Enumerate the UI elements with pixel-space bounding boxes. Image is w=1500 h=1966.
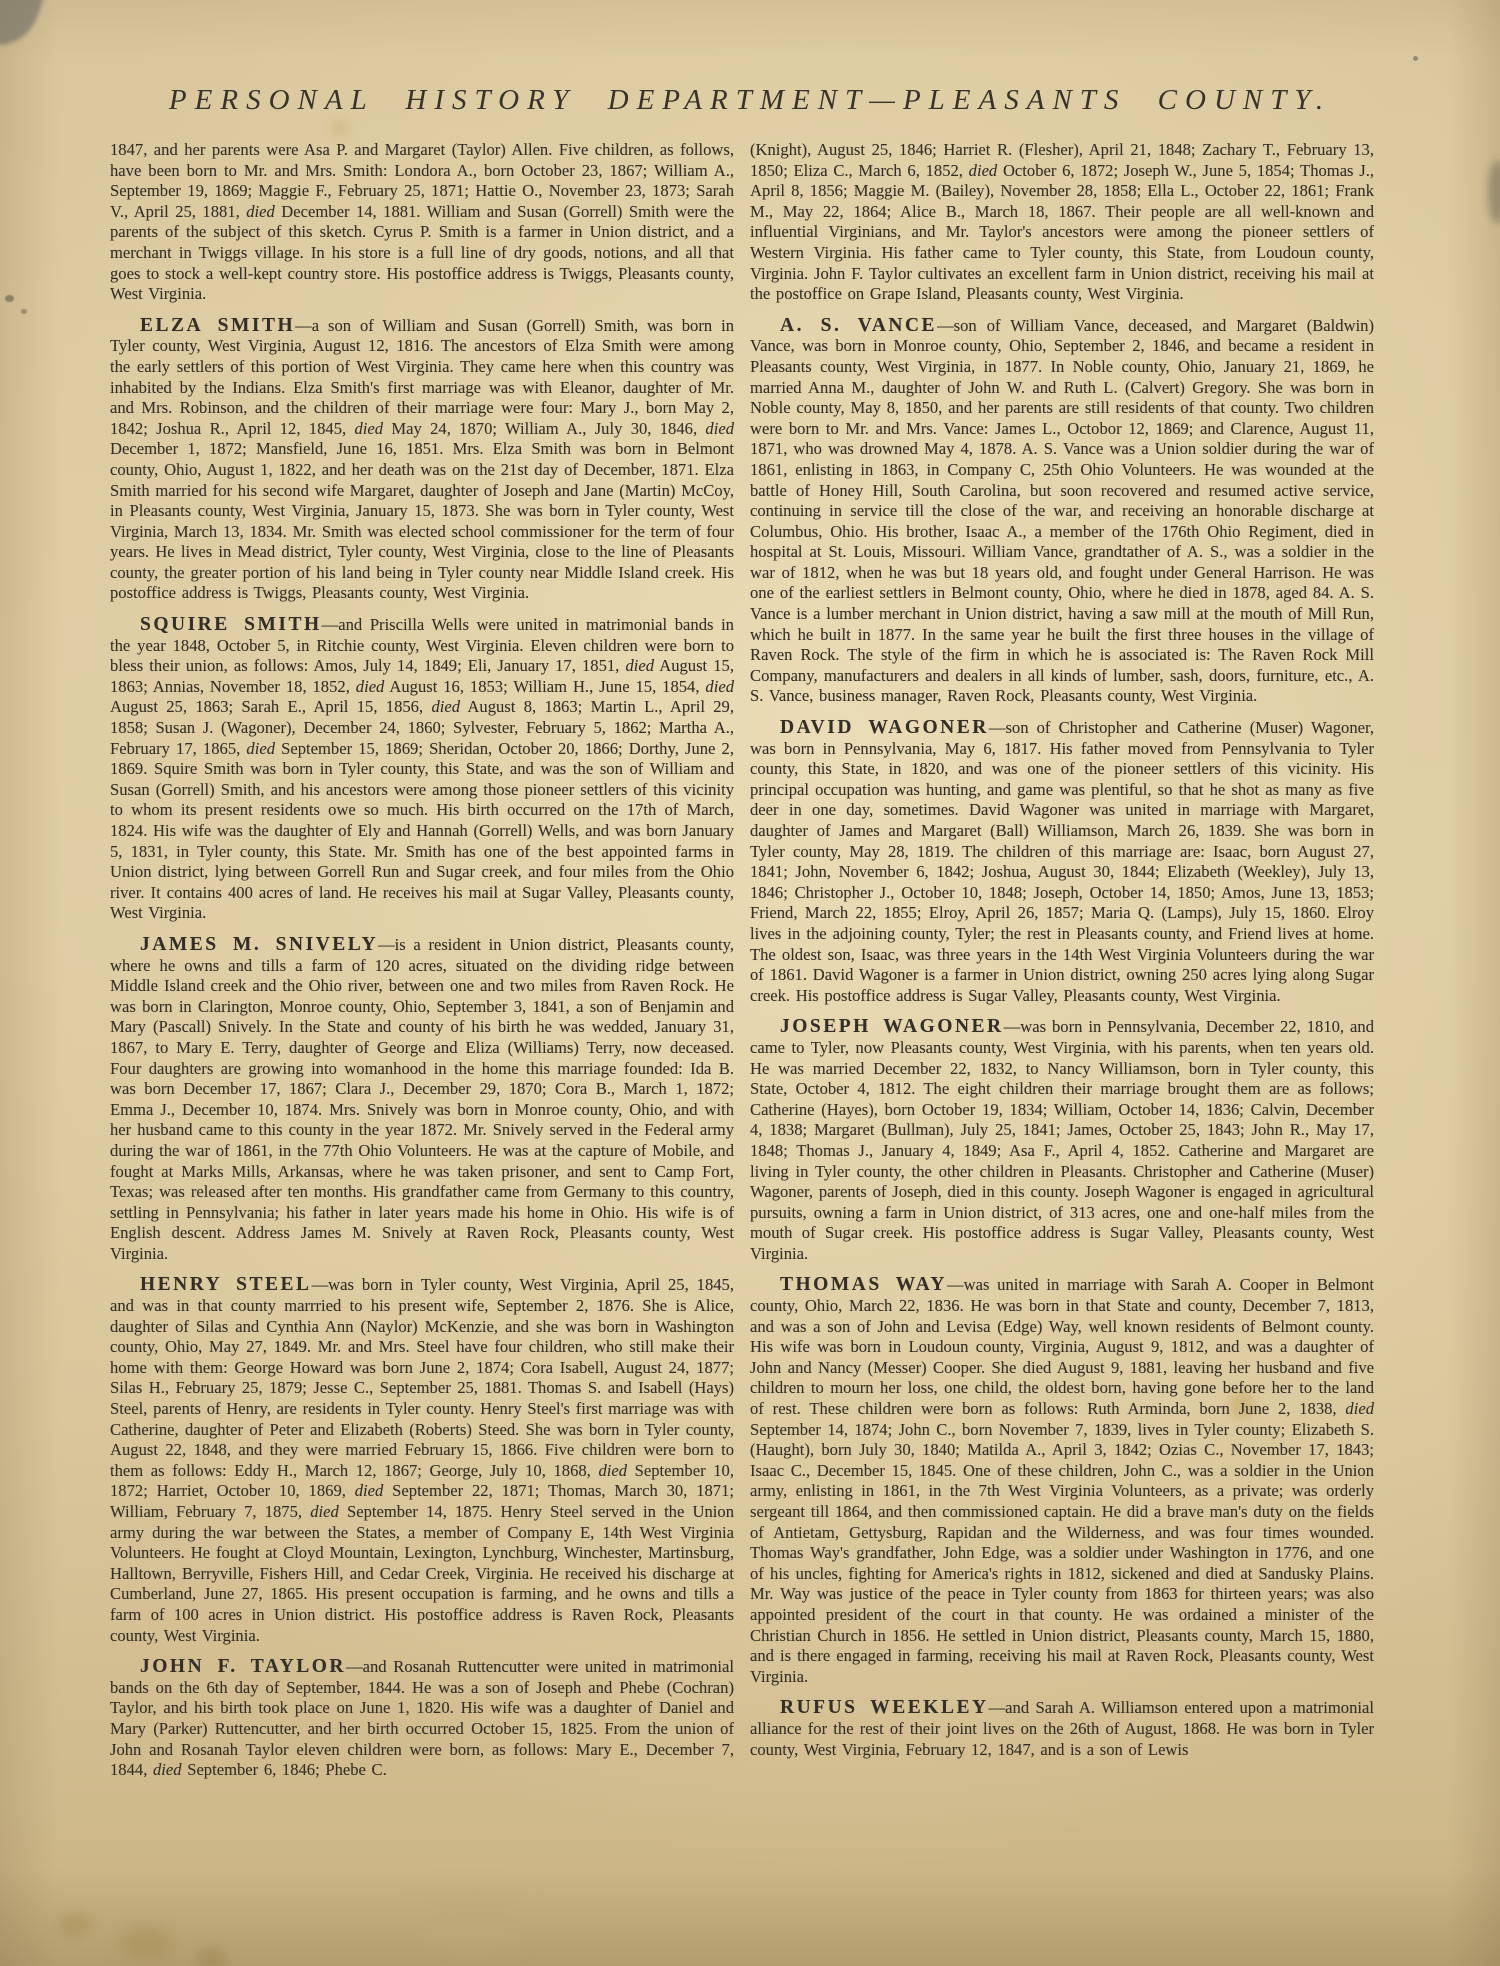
edge-smudge: [1488, 160, 1500, 224]
biography-entry: RUFUS WEEKLEY—and Sarah A. Williamson en…: [750, 1698, 1374, 1760]
biography-entry: DAVID WAGONER—son of Christopher and Cat…: [750, 718, 1374, 1006]
entry-heading: JOSEPH WAGONER: [780, 1016, 1004, 1037]
biography-entry: THOMAS WAY—was united in marriage with S…: [750, 1275, 1374, 1687]
entry-text: —and Priscilla Wells were united in matr…: [110, 615, 734, 922]
ink-spot: [5, 295, 14, 302]
text-columns: 1847, and her parents were Asa P. and Ma…: [110, 140, 1374, 1792]
entry-heading: SQUIRE SMITH: [140, 614, 322, 635]
biography-entry: SQUIRE SMITH—and Priscilla Wells were un…: [110, 615, 734, 924]
foxing-stain: [58, 1912, 92, 1938]
biography-entry: (Knight), August 25, 1846; Harriet R. (F…: [750, 140, 1374, 305]
entry-heading: THOMAS WAY: [780, 1274, 947, 1295]
left-column: 1847, and her parents were Asa P. and Ma…: [110, 140, 734, 1792]
corner-tear-mark: [0, 0, 44, 55]
entry-text: —was united in marriage with Sarah A. Co…: [750, 1275, 1374, 1685]
entry-heading: JAMES M. SNIVELY: [140, 934, 378, 955]
entry-text: —son of William Vance, deceased, and Mar…: [750, 316, 1374, 706]
entry-heading: ELZA SMITH: [140, 315, 295, 336]
entry-text: —a son of William and Susan (Gorrell) Sm…: [110, 316, 734, 603]
entry-text: —was born in Tyler county, West Virginia…: [110, 1275, 734, 1644]
page-title: PERSONAL HISTORY DEPARTMENT—PLEASANTS CO…: [0, 84, 1500, 117]
entry-text: —son of Christopher and Catherine (Muser…: [750, 718, 1374, 1005]
entry-text: (Knight), August 25, 1846; Harriet R. (F…: [750, 140, 1374, 303]
entry-text: 1847, and her parents were Asa P. and Ma…: [110, 140, 734, 303]
biography-entry: HENRY STEEL—was born in Tyler county, We…: [110, 1275, 734, 1646]
entry-heading: A. S. VANCE: [780, 315, 937, 336]
scanned-book-page: { "colors": { "paper": "#dccaa1", "ink":…: [0, 0, 1500, 1966]
biography-entry: 1847, and her parents were Asa P. and Ma…: [110, 140, 734, 305]
biography-entry: JOHN F. TAYLOR—and Rosanah Ruttencutter …: [110, 1657, 734, 1781]
biography-entry: A. S. VANCE—son of William Vance, deceas…: [750, 316, 1374, 707]
foxing-stain: [120, 1926, 172, 1960]
entry-heading: HENRY STEEL: [140, 1274, 312, 1295]
biography-entry: ELZA SMITH—a son of William and Susan (G…: [110, 316, 734, 604]
entry-heading: JOHN F. TAYLOR: [140, 1656, 346, 1677]
entry-heading: RUFUS WEEKLEY: [780, 1697, 989, 1718]
paper-stain: [330, 120, 350, 136]
ink-spot: [21, 309, 27, 314]
ink-spot: [1413, 56, 1418, 61]
entry-text: —was born in Pennsylvania, December 22, …: [750, 1017, 1374, 1263]
biography-entry: JAMES M. SNIVELY—is a resident in Union …: [110, 935, 734, 1265]
entry-text: —is a resident in Union district, Pleasa…: [110, 935, 734, 1263]
foxing-stain: [196, 1948, 226, 1966]
right-column: (Knight), August 25, 1846; Harriet R. (F…: [750, 140, 1374, 1792]
entry-heading: DAVID WAGONER: [780, 717, 989, 738]
paper-smudge: [415, 1894, 525, 1948]
biography-entry: JOSEPH WAGONER—was born in Pennsylvania,…: [750, 1017, 1374, 1264]
